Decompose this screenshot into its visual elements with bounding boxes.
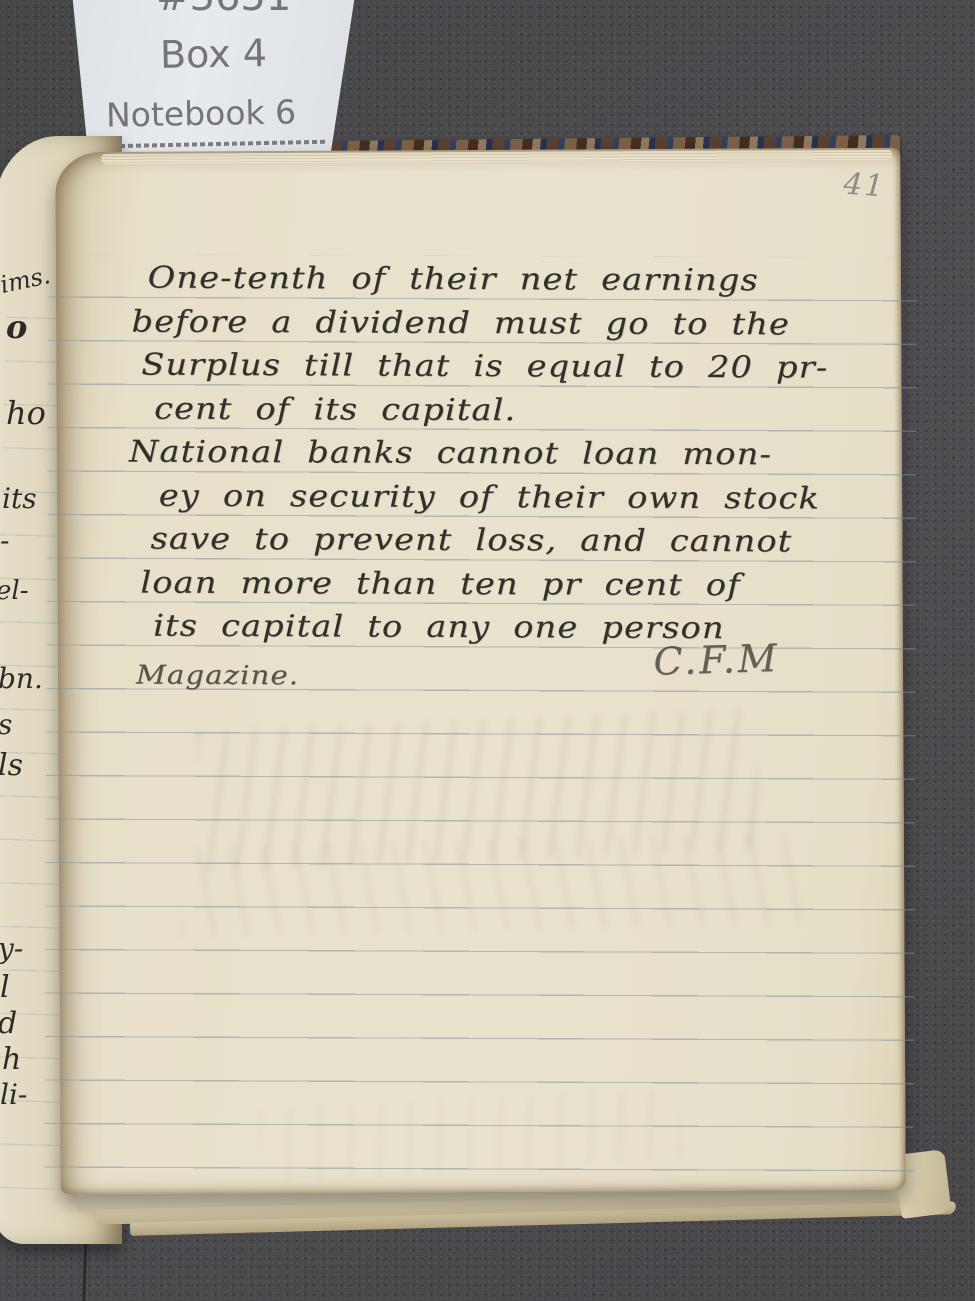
fragment-word-ending: d <box>0 1006 17 1041</box>
slip-notebook-label: Notebook 6 <box>106 92 297 134</box>
fragment-word-ending: y- <box>0 932 23 965</box>
handwriting-line-4: cent of its capital. <box>154 393 516 429</box>
slip-accession-number: #3651 <box>156 0 291 20</box>
handwriting-line-8: loan more than ten pr cent of <box>140 567 741 604</box>
handwritten-entry: One-tenth of their net earnings before a… <box>56 148 906 1194</box>
handwriting-line-6: ey on security of their own stock <box>159 480 820 517</box>
source-note: Magazine. <box>136 658 299 693</box>
fragment-word-ending: s <box>0 708 12 741</box>
slip-box-label: Box 4 <box>160 31 268 77</box>
slip-pencil-scribble-underline <box>112 140 326 148</box>
notebook-page: 41 One-tenth of their net earnings befor… <box>55 148 905 1194</box>
fragment-word-ending: ls <box>0 748 23 783</box>
fragment-word-ending: li- <box>0 1078 27 1111</box>
fragment-word-ending: its <box>2 482 37 515</box>
fragment-word-ending: bn. <box>0 662 43 695</box>
fragment-word-ending: h <box>2 1042 21 1077</box>
fragment-word-ending: l <box>0 970 10 1005</box>
handwriting-line-3: Surplus till that is equal to 20 pr- <box>141 349 828 386</box>
fragment-word-ending: ho <box>6 394 46 432</box>
handwriting-line-5: National banks cannot loan mon- <box>129 435 772 472</box>
archival-slip: #3651 Box 4 Notebook 6 <box>60 0 360 158</box>
fragment-word-ending: el- <box>0 576 29 606</box>
fragment-word-ending: - <box>0 524 9 557</box>
handwriting-line-9: its capital to any one person <box>153 610 725 646</box>
writer-initials: C.F.M <box>653 641 780 679</box>
handwriting-line-2: before a dividend must go to the <box>131 305 790 342</box>
handwriting-line-1: One-tenth of their net earnings <box>148 262 759 299</box>
handwriting-line-7: save to prevent loss, and cannot <box>150 523 792 560</box>
fragment-word-ending: o <box>6 308 27 346</box>
